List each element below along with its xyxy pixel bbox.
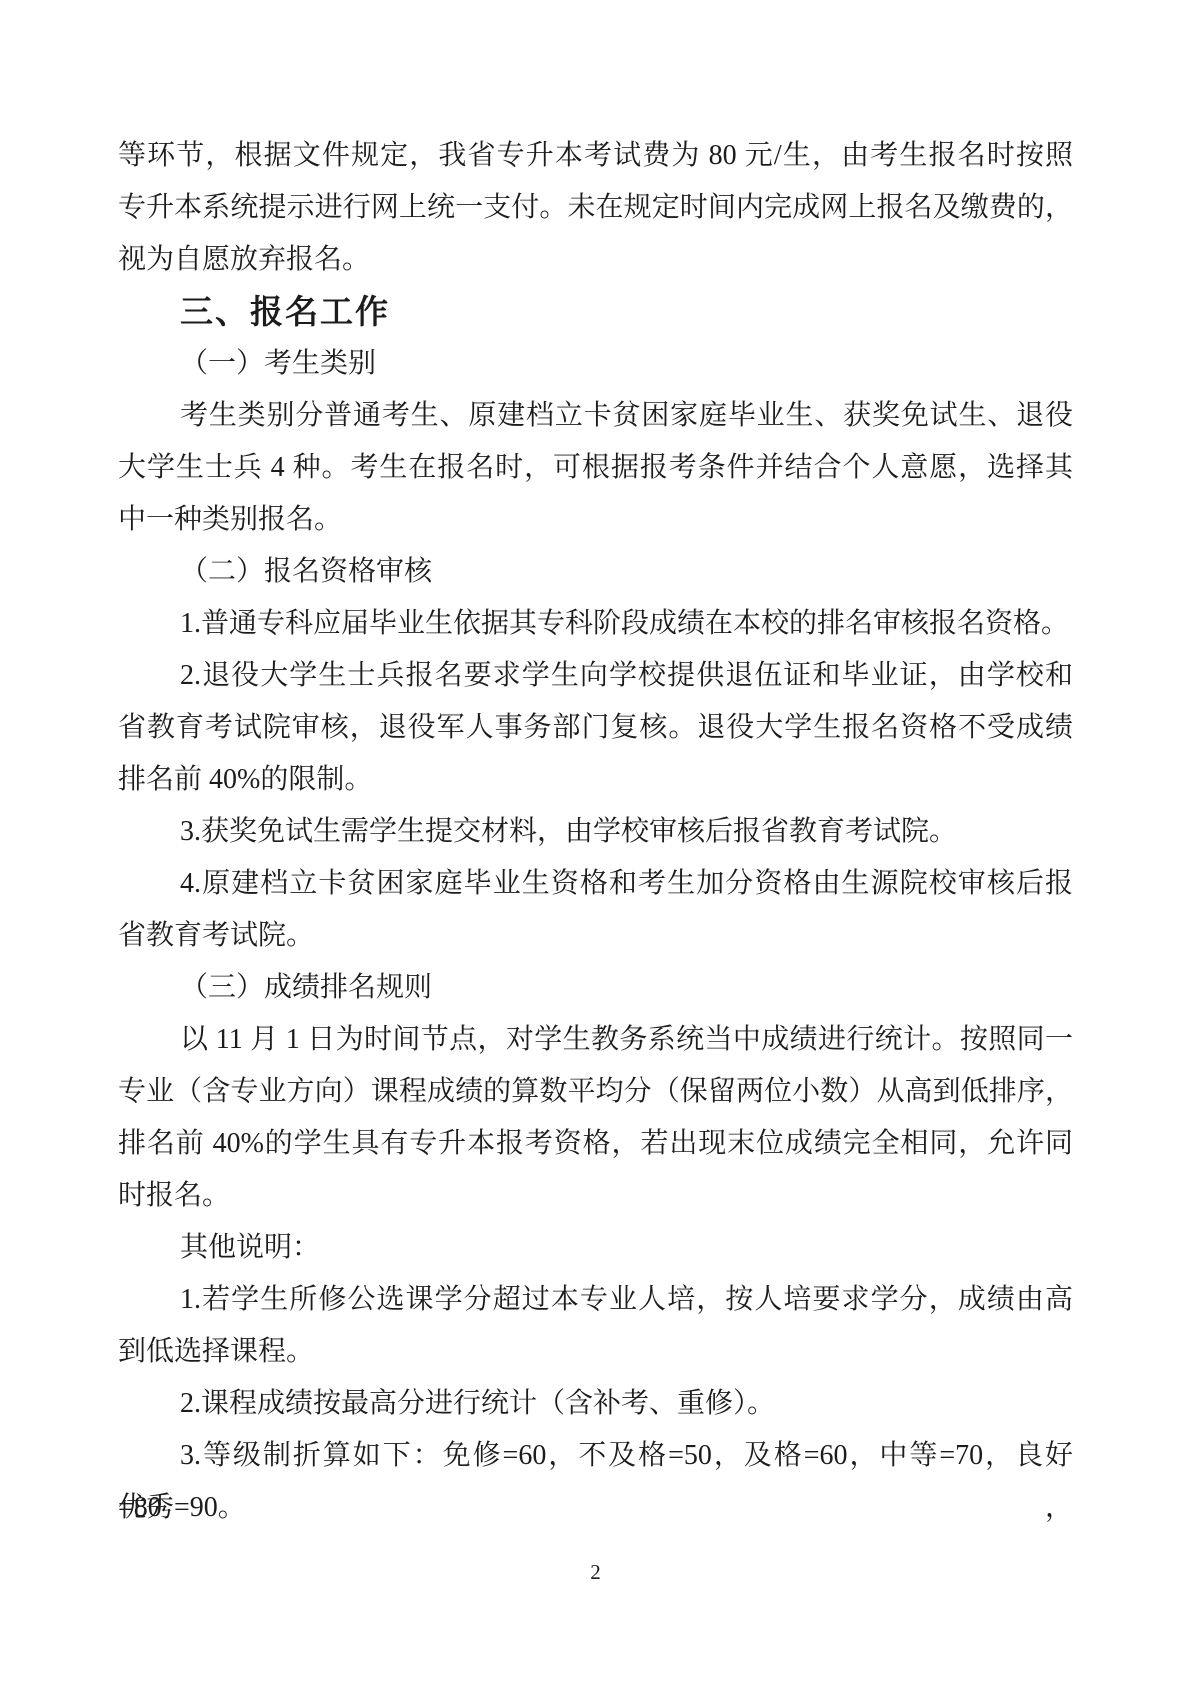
list-item-line: 1.若学生所修公选课学分超过本专业人培，按人培要求学分，成绩由高 <box>118 1274 1073 1326</box>
paragraph-line: 省教育考试院审核，退役军人事务部门复核。退役大学生报名资格不受成绩 <box>118 702 1073 754</box>
paragraph-line: 中一种类别报名。 <box>118 494 1073 546</box>
subsection-heading: （二）报名资格审核 <box>118 546 1073 598</box>
paragraph-line: 时报名。 <box>118 1170 1073 1222</box>
list-item-line: 4.原建档立卡贫困家庭毕业生资格和考生加分资格由生源院校审核后报 <box>118 858 1073 910</box>
paragraph-line: 视为自愿放弃报名。 <box>118 234 1073 286</box>
list-item-line: 3.等级制折算如下：免修=60，不及格=50，及格=60，中等=70，良好=80… <box>118 1430 1073 1482</box>
paragraph-line: 排名前 40%的学生具有专升本报考资格，若出现末位成绩完全相同，允许同 <box>118 1118 1073 1170</box>
paragraph-line: 考生类别分普通考生、原建档立卡贫困家庭毕业生、获奖免试生、退役 <box>118 390 1073 442</box>
list-item-line: 1.普通专科应届毕业生依据其专科阶段成绩在本校的排名审核报名资格。 <box>118 598 1073 650</box>
list-item-line: 2.课程成绩按最高分进行统计（含补考、重修）。 <box>118 1378 1073 1430</box>
paragraph-line: 到低选择课程。 <box>118 1326 1073 1378</box>
paragraph-line: 等环节，根据文件规定，我省专升本考试费为 80 元/生，由考生报名时按照 <box>118 130 1073 182</box>
paragraph-line: 排名前 40%的限制。 <box>118 754 1073 806</box>
document-body: 等环节，根据文件规定，我省专升本考试费为 80 元/生，由考生报名时按照 专升本… <box>118 130 1073 1534</box>
page-number: 2 <box>0 1546 1191 1598</box>
paragraph-line: 其他说明： <box>118 1222 1073 1274</box>
subsection-heading: （一）考生类别 <box>118 338 1073 390</box>
section-heading: 三、报名工作 <box>118 286 1073 338</box>
subsection-heading: （三）成绩排名规则 <box>118 962 1073 1014</box>
paragraph-line: 省教育考试院。 <box>118 910 1073 962</box>
list-item-line: 2.退役大学生士兵报名要求学生向学校提供退伍证和毕业证，由学校和 <box>118 650 1073 702</box>
paragraph-line: 以 11 月 1 日为时间节点，对学生教务系统当中成绩进行统计。按照同一 <box>118 1014 1073 1066</box>
paragraph-line: 大学生士兵 4 种。考生在报名时，可根据报考条件并结合个人意愿，选择其 <box>118 442 1073 494</box>
paragraph-line: 专升本系统提示进行网上统一支付。未在规定时间内完成网上报名及缴费的， <box>118 182 1073 234</box>
list-item-line: 3.获奖免试生需学生提交材料，由学校审核后报省教育考试院。 <box>118 806 1073 858</box>
document-page: 等环节，根据文件规定，我省专升本考试费为 80 元/生，由考生报名时按照 专升本… <box>0 0 1191 1684</box>
paragraph-line: 专业（含专业方向）课程成绩的算数平均分（保留两位小数）从高到低排序， <box>118 1066 1073 1118</box>
